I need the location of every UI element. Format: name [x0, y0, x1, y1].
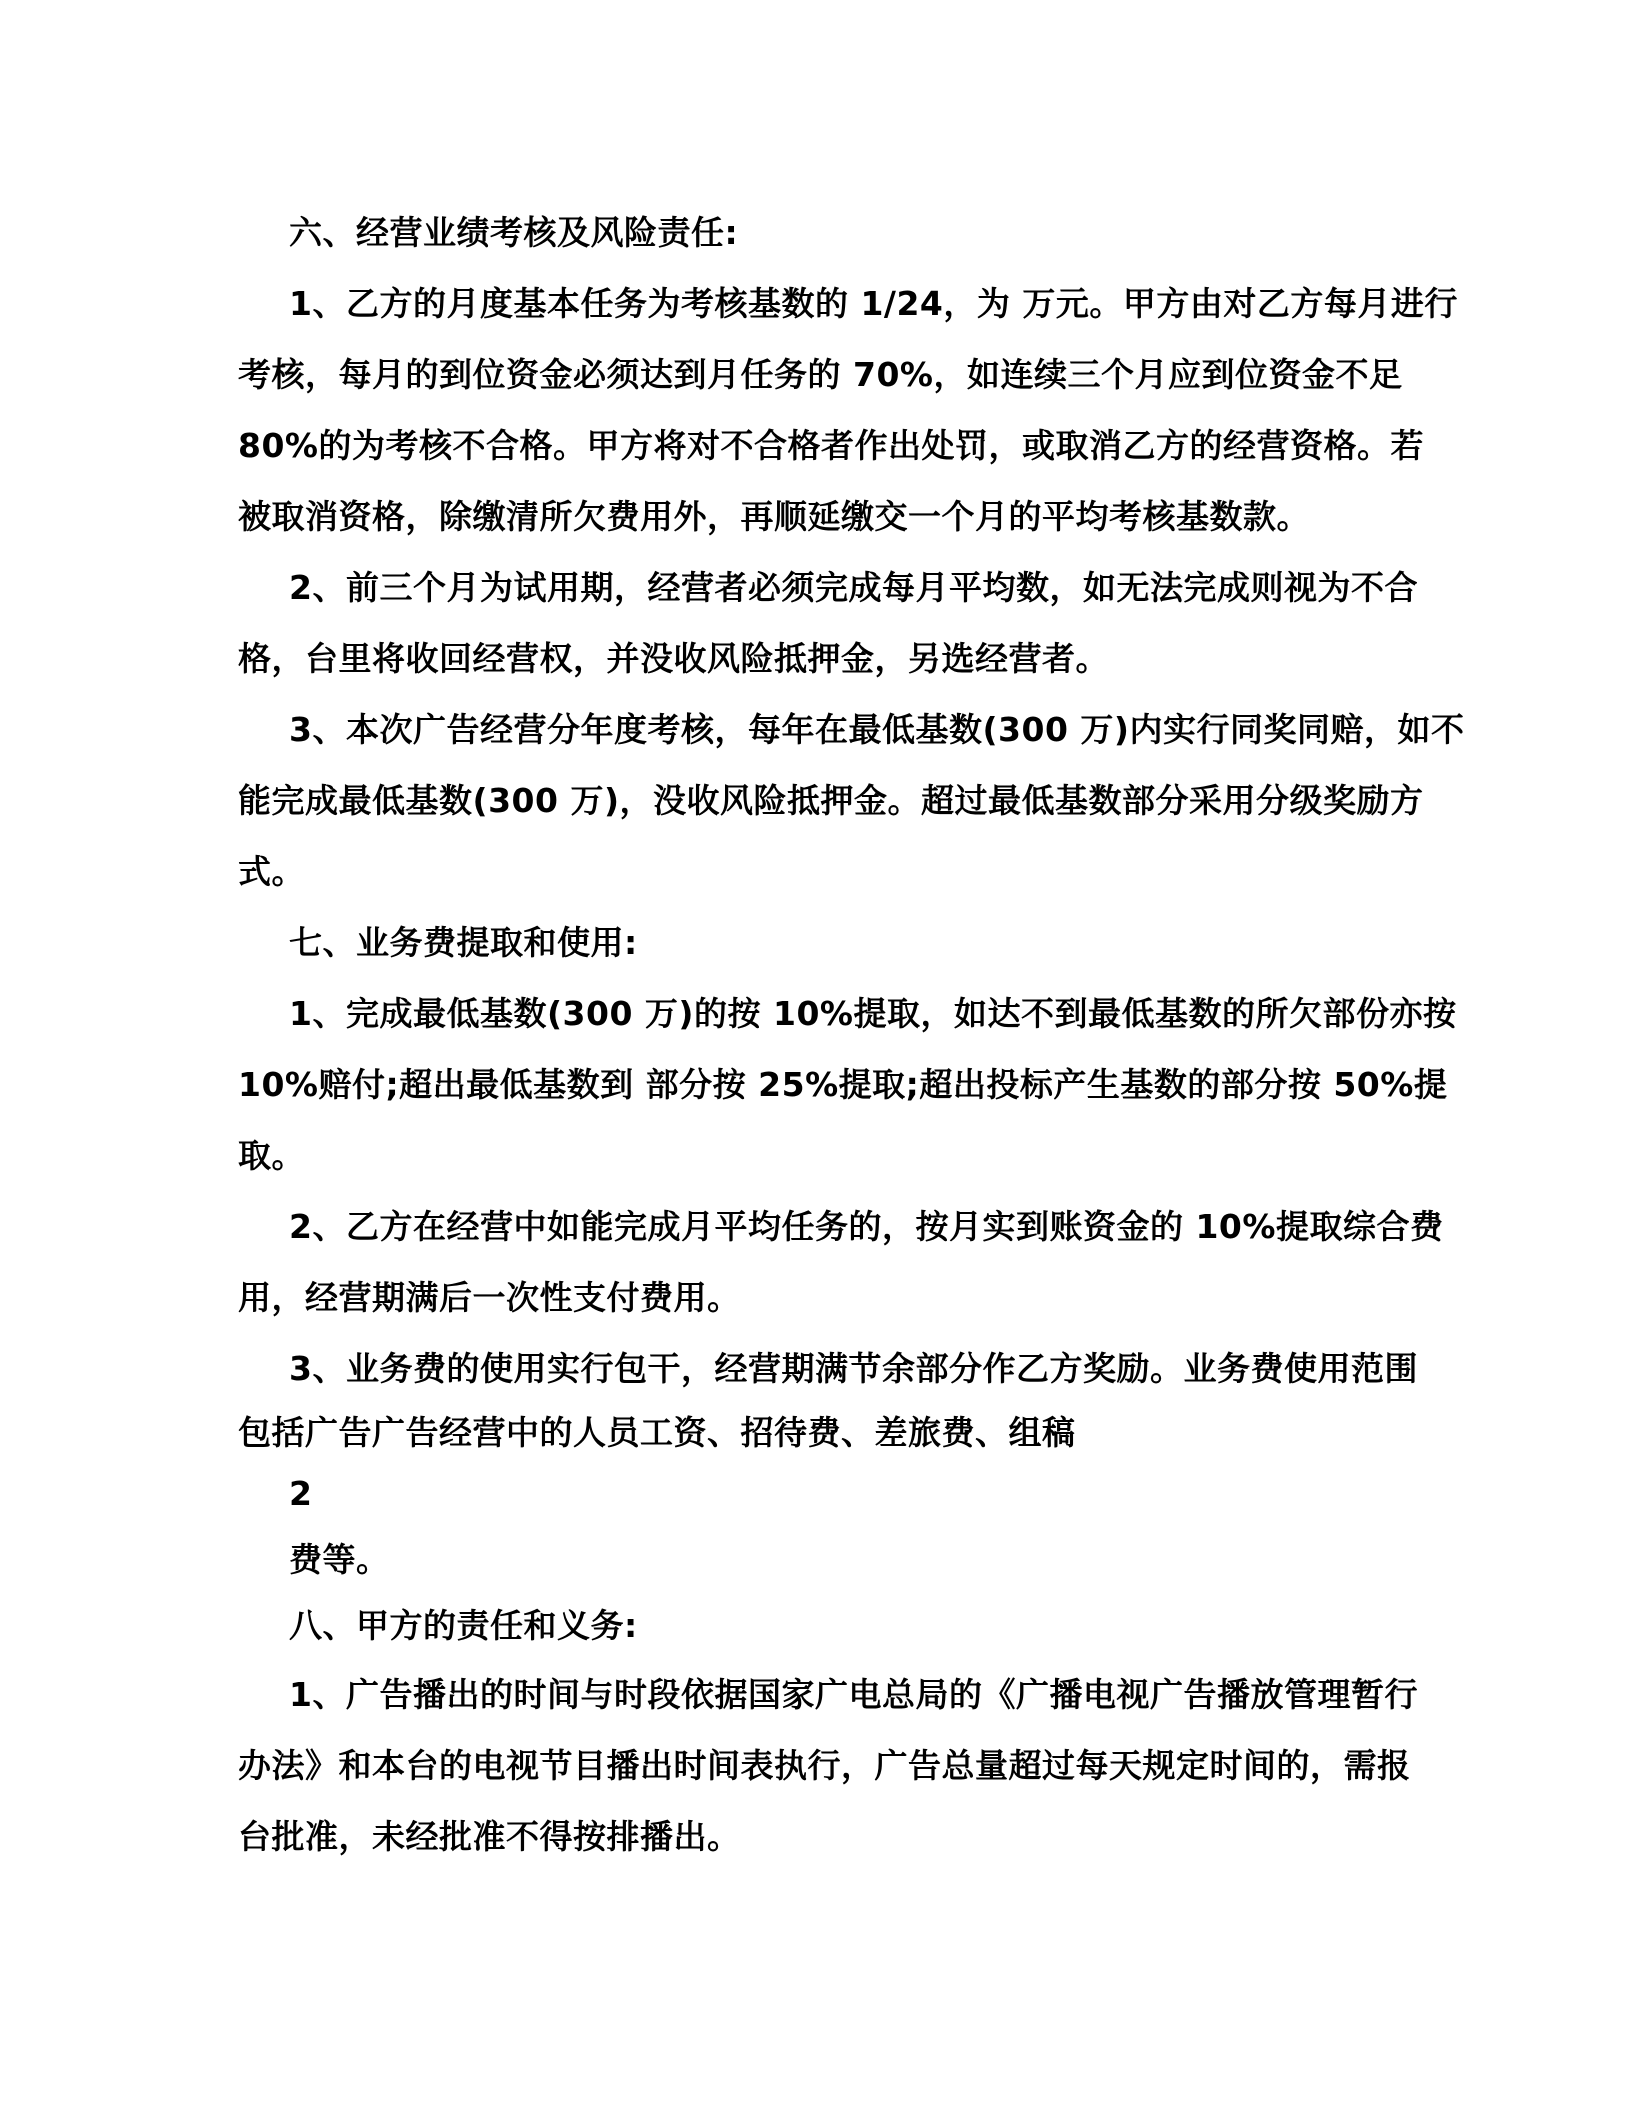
paragraph-line: 式。	[0, 836, 1632, 907]
paragraph-line: 10%赔付;超出最低基数到 部分按 25%提取;超出投标产生基数的部分按 50%…	[0, 1049, 1632, 1120]
paragraph-line: 能完成最低基数(300 万)，没收风险抵押金。超过最低基数部分采用分级奖励方	[0, 765, 1632, 836]
paragraph-line: 用，经营期满后一次性支付费用。	[0, 1262, 1632, 1333]
section-heading-7: 七、业务费提取和使用:	[0, 907, 1632, 978]
paragraph-line: 1、乙方的月度基本任务为考核基数的 1/24，为 万元。甲方由对乙方每月进行	[0, 268, 1632, 339]
section-heading-8: 八、甲方的责任和义务:	[0, 1593, 1632, 1659]
paragraph-line: 3、本次广告经营分年度考核，每年在最低基数(300 万)内实行同奖同赔，如不	[0, 694, 1632, 765]
paragraph-line: 2、乙方在经营中如能完成月平均任务的，按月实到账资金的 10%提取综合费	[0, 1191, 1632, 1262]
paragraph-line: 办法》和本台的电视节目播出时间表执行，广告总量超过每天规定时间的，需报	[0, 1730, 1632, 1801]
paragraph-line: 2、前三个月为试用期，经营者必须完成每月平均数，如无法完成则视为不合	[0, 552, 1632, 623]
paragraph-line: 1、完成最低基数(300 万)的按 10%提取，如达不到最低基数的所欠部份亦按	[0, 978, 1632, 1049]
paragraph-line: 3、业务费的使用实行包干，经营期满节余部分作乙方奖励。业务费使用范围	[0, 1333, 1632, 1404]
paragraph-line: 考核，每月的到位资金必须达到月任务的 70%，如连续三个月应到位资金不足	[0, 339, 1632, 410]
paragraph-line: 格，台里将收回经营权，并没收风险抵押金，另选经营者。	[0, 623, 1632, 694]
page-number: 2	[0, 1461, 1632, 1527]
paragraph-line: 费等。	[0, 1527, 1632, 1593]
paragraph-line: 80%的为考核不合格。甲方将对不合格者作出处罚，或取消乙方的经营资格。若	[0, 410, 1632, 481]
document-body: 六、经营业绩考核及风险责任: 1、乙方的月度基本任务为考核基数的 1/24，为 …	[0, 197, 1632, 1872]
paragraph-line: 取。	[0, 1120, 1632, 1191]
section-heading-6: 六、经营业绩考核及风险责任:	[0, 197, 1632, 268]
paragraph-line: 台批准，未经批准不得按排播出。	[0, 1801, 1632, 1872]
document-page: 六、经营业绩考核及风险责任: 1、乙方的月度基本任务为考核基数的 1/24，为 …	[0, 0, 1632, 2112]
paragraph-line: 被取消资格，除缴清所欠费用外，再顺延缴交一个月的平均考核基数款。	[0, 481, 1632, 552]
paragraph-line: 包括广告广告经营中的人员工资、招待费、差旅费、组稿	[0, 1404, 1632, 1461]
paragraph-line: 1、广告播出的时间与时段依据国家广电总局的《广播电视广告播放管理暂行	[0, 1659, 1632, 1730]
